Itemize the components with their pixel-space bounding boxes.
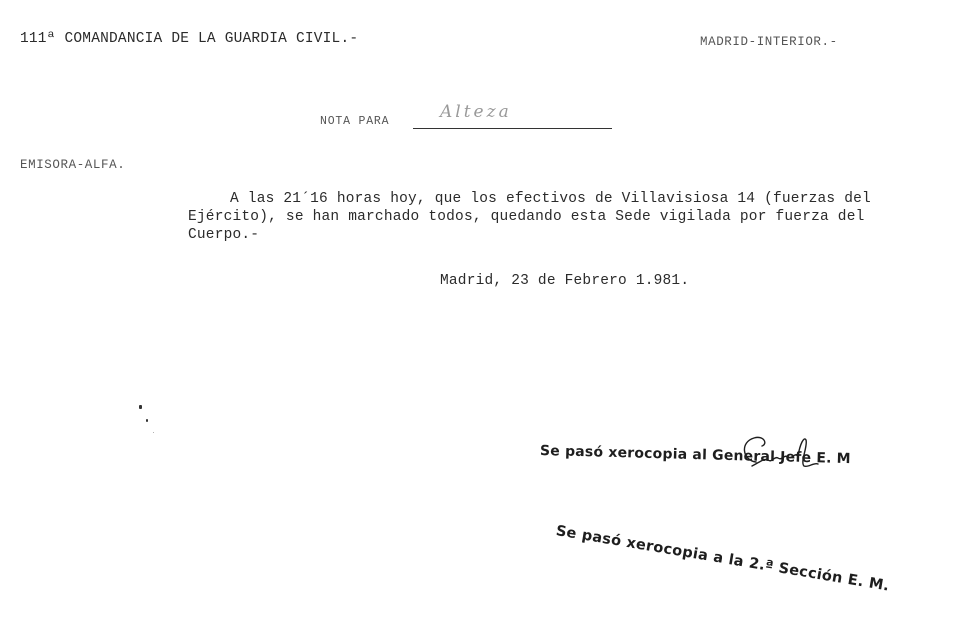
paper-speck <box>153 432 154 433</box>
stamp-xerocopy-section: Se pasó xerocopia a la 2.ª Sección E. M. <box>555 523 891 595</box>
nota-para-handwritten-value: Alteza <box>440 102 512 122</box>
date-line: Madrid, 23 de Febrero 1.981. <box>440 273 689 289</box>
header-location: MADRID-INTERIOR.- <box>700 35 838 49</box>
body-line-3: Cuerpo.- <box>188 227 259 243</box>
signature-icon <box>734 432 824 477</box>
header-command-name: 111ª COMANDANCIA DE LA GUARDIA CIVIL.- <box>20 31 358 47</box>
nota-para-underline <box>413 128 612 129</box>
body-line-1: A las 21´16 horas hoy, que los efectivos… <box>230 191 871 207</box>
nota-para-label: NOTA PARA <box>320 115 389 128</box>
paper-speck <box>139 405 142 409</box>
addressee: EMISORA-ALFA. <box>20 158 125 172</box>
paper-speck <box>146 419 148 422</box>
body-line-2: Ejército), se han marchado todos, quedan… <box>188 209 865 225</box>
